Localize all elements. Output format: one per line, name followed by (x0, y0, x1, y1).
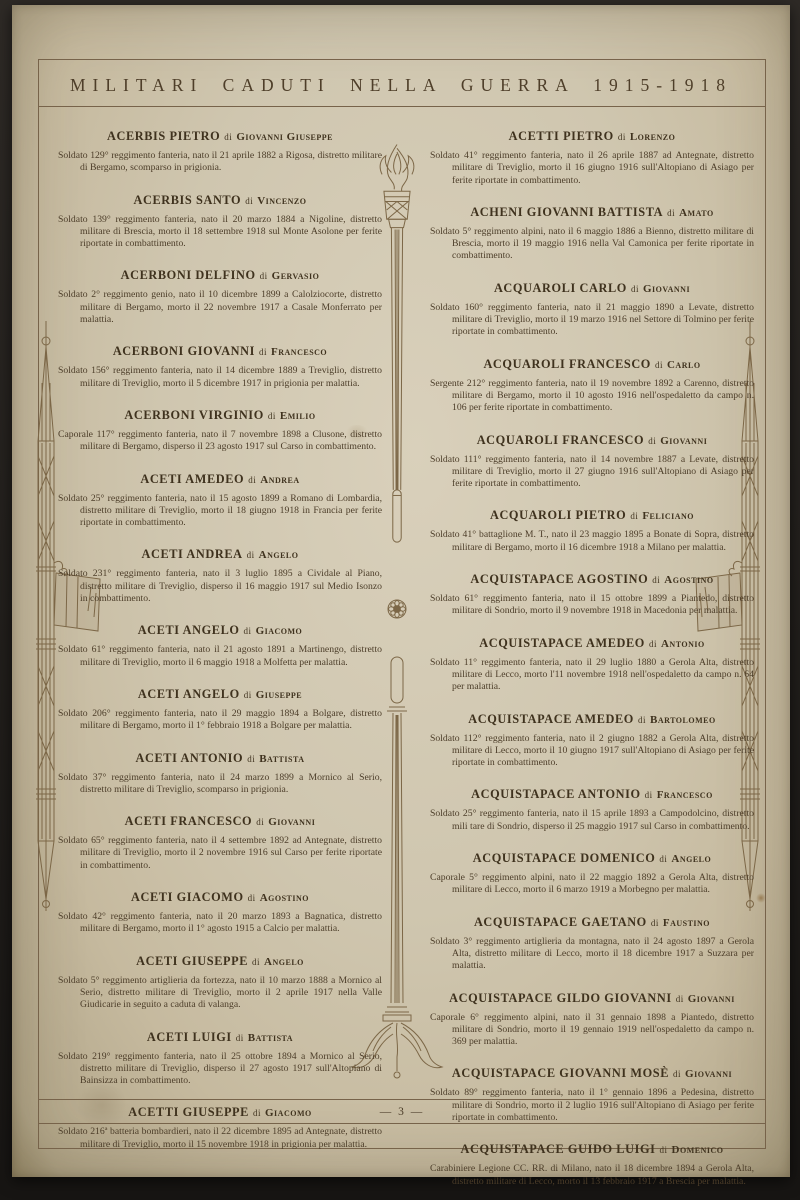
soldier-entry: ACQUISTAPACE DOMENICO di AngeloCaporale … (430, 849, 754, 897)
soldier-entry: ACETI AMEDEO di AndreaSoldato 25° reggim… (58, 470, 382, 530)
soldier-name-heading: ACERBONI VIRGINIO di Emilio (58, 406, 382, 424)
soldier-record: Sergente 212° reggimento fanteria, nato … (430, 378, 754, 415)
soldier-name: ACQUISTAPACE AGOSTINO (470, 572, 648, 586)
soldier-name-heading: ACQUISTAPACE AMEDEO di Antonio (430, 634, 754, 652)
patronymic-name: Amato (679, 207, 714, 219)
patronymic-prefix: di (244, 626, 252, 636)
soldier-name-heading: ACQUAROLI FRANCESCO di Carlo (430, 355, 754, 373)
soldier-name-heading: ACQUISTAPACE GIOVANNI MOSÈ di Giovanni (430, 1064, 754, 1082)
patronymic-name: Angelo (671, 853, 711, 865)
soldier-name-heading: ACERBONI DELFINO di Gervasio (58, 266, 382, 284)
patronymic-name: Andrea (260, 474, 299, 486)
patronymic-prefix: di (648, 436, 656, 446)
patronymic-name: Agostino (260, 892, 309, 904)
soldier-name: ACQUISTAPACE GAETANO (474, 915, 647, 929)
soldier-record: Soldato 65° reggimento fanteria, nato il… (58, 835, 382, 872)
soldier-record: Soldato 160° reggimento fanteria, nato i… (430, 302, 754, 339)
soldier-name: ACQUISTAPACE ANTONIO (471, 787, 641, 801)
soldier-name: ACQUAROLI PIETRO (490, 508, 626, 522)
right-column: ACETTI PIETRO di LorenzoSoldato 41° regg… (430, 127, 754, 1093)
patronymic-prefix: di (259, 347, 267, 357)
soldier-name-heading: ACQUISTAPACE DOMENICO di Angelo (430, 849, 754, 867)
soldier-entry: ACETI ANGELO di GiacomoSoldato 61° reggi… (58, 621, 382, 669)
patronymic-prefix: di (660, 1145, 668, 1155)
soldier-name: ACERBONI VIRGINIO (124, 408, 263, 422)
patronymic-name: Faustino (663, 917, 710, 929)
soldier-entry: ACETI FRANCESCO di GiovanniSoldato 65° r… (58, 812, 382, 872)
soldier-record: Soldato 37° reggimento fanteria, nato il… (58, 772, 382, 797)
soldier-name-heading: ACETTI PIETRO di Lorenzo (430, 127, 754, 145)
soldier-name: ACQUISTAPACE GILDO GIOVANNI (449, 991, 672, 1005)
soldier-entry: ACETI ANGELO di GiuseppeSoldato 206° reg… (58, 685, 382, 733)
soldier-name-heading: ACETI FRANCESCO di Giovanni (58, 812, 382, 830)
patronymic-prefix: di (268, 411, 276, 421)
soldier-entry: ACERBONI DELFINO di GervasioSoldato 2° r… (58, 266, 382, 326)
soldier-name-heading: ACETI LUIGI di Battista (58, 1028, 382, 1046)
patronymic-name: Giovanni Giuseppe (236, 131, 333, 143)
soldier-entry: ACETI ANDREA di AngeloSoldato 231° reggi… (58, 545, 382, 605)
soldier-name-heading: ACERBONI GIOVANNI di Francesco (58, 342, 382, 360)
soldier-name: ACETTI PIETRO (509, 129, 614, 143)
patronymic-name: Giovanni (688, 993, 735, 1005)
patronymic-prefix: di (260, 271, 268, 281)
soldier-record: Soldato 129° reggimento fanteria, nato i… (58, 150, 382, 175)
soldier-name-heading: ACQUAROLI FRANCESCO di Giovanni (430, 431, 754, 449)
soldier-name-heading: ACERBIS PIETRO di Giovanni Giuseppe (58, 127, 382, 145)
page-footer: — 3 — (38, 1099, 766, 1124)
soldier-entry: ACQUISTAPACE GILDO GIOVANNI di GiovanniC… (430, 989, 754, 1049)
soldier-name: ACERBIS SANTO (133, 193, 241, 207)
soldier-entry: ACHENI GIOVANNI BATTISTA di AmatoSoldato… (430, 203, 754, 263)
patronymic-name: Giuseppe (256, 689, 302, 701)
soldier-name-heading: ACQUISTAPACE GUIDO LUIGI di Domenico (430, 1140, 754, 1158)
patronymic-name: Angelo (259, 549, 299, 561)
soldier-name: ACETI LUIGI (147, 1030, 232, 1044)
soldier-name-heading: ACQUISTAPACE AGOSTINO di Agostino (430, 570, 754, 588)
patronymic-name: Feliciano (642, 510, 694, 522)
soldier-name-heading: ACQUISTAPACE AMEDEO di Bartolomeo (430, 710, 754, 728)
patronymic-name: Emilio (280, 410, 316, 422)
patronymic-prefix: di (247, 754, 255, 764)
soldier-entry: ACQUISTAPACE AMEDEO di AntonioSoldato 11… (430, 634, 754, 694)
patronymic-prefix: di (649, 639, 657, 649)
soldier-entry: ACERBONI VIRGINIO di EmilioCaporale 117°… (58, 406, 382, 454)
patronymic-name: Lorenzo (630, 131, 676, 143)
footer-rule-bottom (38, 1123, 766, 1124)
soldier-record: Soldato 111° reggimento fanteria, nato i… (430, 454, 754, 491)
header-rule (38, 106, 766, 107)
soldier-record: Soldato 5° reggimento artiglieria da for… (58, 975, 382, 1012)
soldier-name: ACQUAROLI CARLO (494, 281, 627, 295)
patronymic-name: Gervasio (272, 270, 320, 282)
patronymic-prefix: di (248, 893, 256, 903)
patronymic-name: Carlo (667, 359, 701, 371)
soldier-record: Soldato 42° reggimento fanteria, nato il… (58, 911, 382, 936)
soldier-entry: ACQUAROLI CARLO di GiovanniSoldato 160° … (430, 279, 754, 339)
soldier-entry: ACETI LUIGI di BattistaSoldato 219° regg… (58, 1028, 382, 1088)
patronymic-prefix: di (245, 196, 253, 206)
soldier-entry: ACQUAROLI PIETRO di FelicianoSoldato 41°… (430, 506, 754, 554)
patronymic-prefix: di (236, 1033, 244, 1043)
soldier-entry: ACETI ANTONIO di BattistaSoldato 37° reg… (58, 749, 382, 797)
photo-background: { "page": { "title": "MILITARI CADUTI NE… (0, 0, 800, 1200)
soldier-entry: ACQUISTAPACE AGOSTINO di AgostinoSoldato… (430, 570, 754, 618)
soldier-record: Soldato 41° battaglione M. T., nato il 2… (430, 529, 754, 554)
soldier-name: ACQUAROLI FRANCESCO (477, 433, 645, 447)
soldier-name: ACETI ANGELO (138, 687, 240, 701)
soldier-name-heading: ACERBIS SANTO di Vincenzo (58, 191, 382, 209)
patronymic-prefix: di (652, 575, 660, 585)
soldier-entry: ACQUAROLI FRANCESCO di GiovanniSoldato 1… (430, 431, 754, 491)
soldier-record: Soldato 61° reggimento fanteria, nato il… (58, 644, 382, 669)
soldier-name-heading: ACETI GIACOMO di Agostino (58, 888, 382, 906)
soldier-record: Soldato 11° reggimento fanteria, nato il… (430, 657, 754, 694)
soldier-record: Caporale 117° reggimento fanteria, nato … (58, 429, 382, 454)
soldier-record: Caporale 6° reggimento alpini, nato il 3… (430, 1012, 754, 1049)
patronymic-prefix: di (618, 132, 626, 142)
soldier-entry: ACQUAROLI FRANCESCO di CarloSergente 212… (430, 355, 754, 415)
soldier-name-heading: ACQUISTAPACE GILDO GIOVANNI di Giovanni (430, 989, 754, 1007)
soldier-record: Soldato 41° reggimento fanteria, nato il… (430, 150, 754, 187)
soldier-record: Soldato 25° reggimento fanteria, nato il… (430, 808, 754, 833)
soldier-record: Soldato 61° reggimento fanteria, nato il… (430, 593, 754, 618)
soldier-name-heading: ACHENI GIOVANNI BATTISTA di Amato (430, 203, 754, 221)
page-number: — 3 — (38, 1100, 766, 1123)
patronymic-name: Francesco (657, 789, 713, 801)
soldier-entry: ACERBONI GIOVANNI di FrancescoSoldato 15… (58, 342, 382, 390)
patronymic-name: Vincenzo (257, 195, 306, 207)
soldier-record: Soldato 25° reggimento fanteria, nato il… (58, 493, 382, 530)
patronymic-prefix: di (655, 360, 663, 370)
soldier-name-heading: ACETI ANGELO di Giuseppe (58, 685, 382, 703)
patronymic-name: Giovanni (685, 1068, 732, 1080)
soldier-name: ACQUAROLI FRANCESCO (483, 357, 651, 371)
patronymic-name: Giovanni (660, 435, 707, 447)
left-column: ACERBIS PIETRO di Giovanni GiuseppeSolda… (58, 127, 382, 1093)
soldier-name-heading: ACETI ANTONIO di Battista (58, 749, 382, 767)
patronymic-prefix: di (676, 994, 684, 1004)
soldier-name: ACQUISTAPACE GIOVANNI MOSÈ (452, 1066, 669, 1080)
soldier-record: Soldato 3° reggimento artiglieria da mon… (430, 936, 754, 973)
soldier-entry: ACERBIS PIETRO di Giovanni GiuseppeSolda… (58, 127, 382, 175)
patronymic-prefix: di (659, 854, 667, 864)
patronymic-prefix: di (645, 790, 653, 800)
patronymic-prefix: di (673, 1069, 681, 1079)
soldier-record: Soldato 112° reggimento fanteria, nato i… (430, 733, 754, 770)
patronymic-prefix: di (630, 511, 638, 521)
soldier-name: ACQUISTAPACE GUIDO LUIGI (461, 1142, 656, 1156)
soldier-name: ACETI AMEDEO (140, 472, 244, 486)
soldier-name: ACERBIS PIETRO (107, 129, 220, 143)
soldier-record: Soldato 216ª batteria bombardieri, nato … (58, 1126, 382, 1151)
soldier-record: Soldato 139° reggimento fanteria, nato i… (58, 214, 382, 251)
soldier-entry: ACETTI PIETRO di LorenzoSoldato 41° regg… (430, 127, 754, 187)
soldier-name: ACETI GIACOMO (131, 890, 244, 904)
patronymic-prefix: di (256, 817, 264, 827)
patronymic-prefix: di (244, 690, 252, 700)
patronymic-name: Giacomo (256, 625, 303, 637)
soldier-record: Soldato 219° reggimento fanteria, nato i… (58, 1051, 382, 1088)
soldier-record: Soldato 156° reggimento fanteria, nato i… (58, 365, 382, 390)
soldier-entry: ACETI GIACOMO di AgostinoSoldato 42° reg… (58, 888, 382, 936)
soldier-name: ACETI GIUSEPPE (136, 954, 248, 968)
soldier-name: ACETI ANTONIO (136, 751, 244, 765)
patronymic-prefix: di (248, 475, 256, 485)
entries-area: ACERBIS PIETRO di Giovanni GiuseppeSolda… (58, 127, 754, 1093)
soldier-name: ACQUISTAPACE DOMENICO (473, 851, 656, 865)
soldier-entry: ACQUISTAPACE GUIDO LUIGI di DomenicoCara… (430, 1140, 754, 1188)
soldier-record: Carabiniere Legione CC. RR. di Milano, n… (430, 1163, 754, 1188)
soldier-entry: ACERBIS SANTO di VincenzoSoldato 139° re… (58, 191, 382, 251)
soldier-name-heading: ACETI GIUSEPPE di Angelo (58, 952, 382, 970)
soldier-record: Caporale 5° reggimento alpini, nato il 2… (430, 872, 754, 897)
soldier-record: Soldato 2° reggimento genio, nato il 10 … (58, 289, 382, 326)
soldier-name-heading: ACETI ANDREA di Angelo (58, 545, 382, 563)
patronymic-name: Giovanni (643, 283, 690, 295)
soldier-name-heading: ACQUAROLI PIETRO di Feliciano (430, 506, 754, 524)
patronymic-name: Giovanni (268, 816, 315, 828)
soldier-name-heading: ACETI AMEDEO di Andrea (58, 470, 382, 488)
soldier-name: ACETI ANGELO (138, 623, 240, 637)
soldier-name-heading: ACQUISTAPACE GAETANO di Faustino (430, 913, 754, 931)
patronymic-prefix: di (667, 208, 675, 218)
patronymic-name: Battista (259, 753, 304, 765)
patronymic-name: Agostino (664, 574, 713, 586)
patronymic-name: Domenico (672, 1144, 724, 1156)
soldier-entry: ACQUISTAPACE AMEDEO di BartolomeoSoldato… (430, 710, 754, 770)
patronymic-prefix: di (638, 715, 646, 725)
patronymic-prefix: di (651, 918, 659, 928)
patronymic-prefix: di (247, 550, 255, 560)
soldier-name: ACQUISTAPACE AMEDEO (479, 636, 645, 650)
soldier-name: ACETI FRANCESCO (125, 814, 253, 828)
patronymic-prefix: di (224, 132, 232, 142)
soldier-name: ACQUISTAPACE AMEDEO (468, 712, 634, 726)
soldier-name: ACERBONI DELFINO (121, 268, 256, 282)
patronymic-name: Battista (248, 1032, 293, 1044)
soldier-record: Soldato 5° reggimento alpini, nato il 6 … (430, 226, 754, 263)
soldier-name-heading: ACETI ANGELO di Giacomo (58, 621, 382, 639)
patronymic-name: Bartolomeo (650, 714, 716, 726)
soldier-entry: ACETI GIUSEPPE di AngeloSoldato 5° reggi… (58, 952, 382, 1012)
soldier-name: ACETI ANDREA (141, 547, 242, 561)
patronymic-prefix: di (631, 284, 639, 294)
patronymic-name: Antonio (661, 638, 705, 650)
soldier-name-heading: ACQUAROLI CARLO di Giovanni (430, 279, 754, 297)
page-title: MILITARI CADUTI NELLA GUERRA 1915-1918 (12, 75, 790, 96)
page: MILITARI CADUTI NELLA GUERRA 1915-1918 (12, 5, 790, 1177)
soldier-entry: ACQUISTAPACE GAETANO di FaustinoSoldato … (430, 913, 754, 973)
soldier-name: ACHENI GIOVANNI BATTISTA (470, 205, 663, 219)
soldier-record: Soldato 206° reggimento fanteria, nato i… (58, 708, 382, 733)
soldier-entry: ACQUISTAPACE ANTONIO di FrancescoSoldato… (430, 785, 754, 833)
soldier-record: Soldato 231° reggimento fanteria, nato i… (58, 568, 382, 605)
soldier-name-heading: ACQUISTAPACE ANTONIO di Francesco (430, 785, 754, 803)
soldier-name: ACERBONI GIOVANNI (113, 344, 255, 358)
patronymic-name: Angelo (264, 956, 304, 968)
patronymic-prefix: di (252, 957, 260, 967)
patronymic-name: Francesco (271, 346, 327, 358)
